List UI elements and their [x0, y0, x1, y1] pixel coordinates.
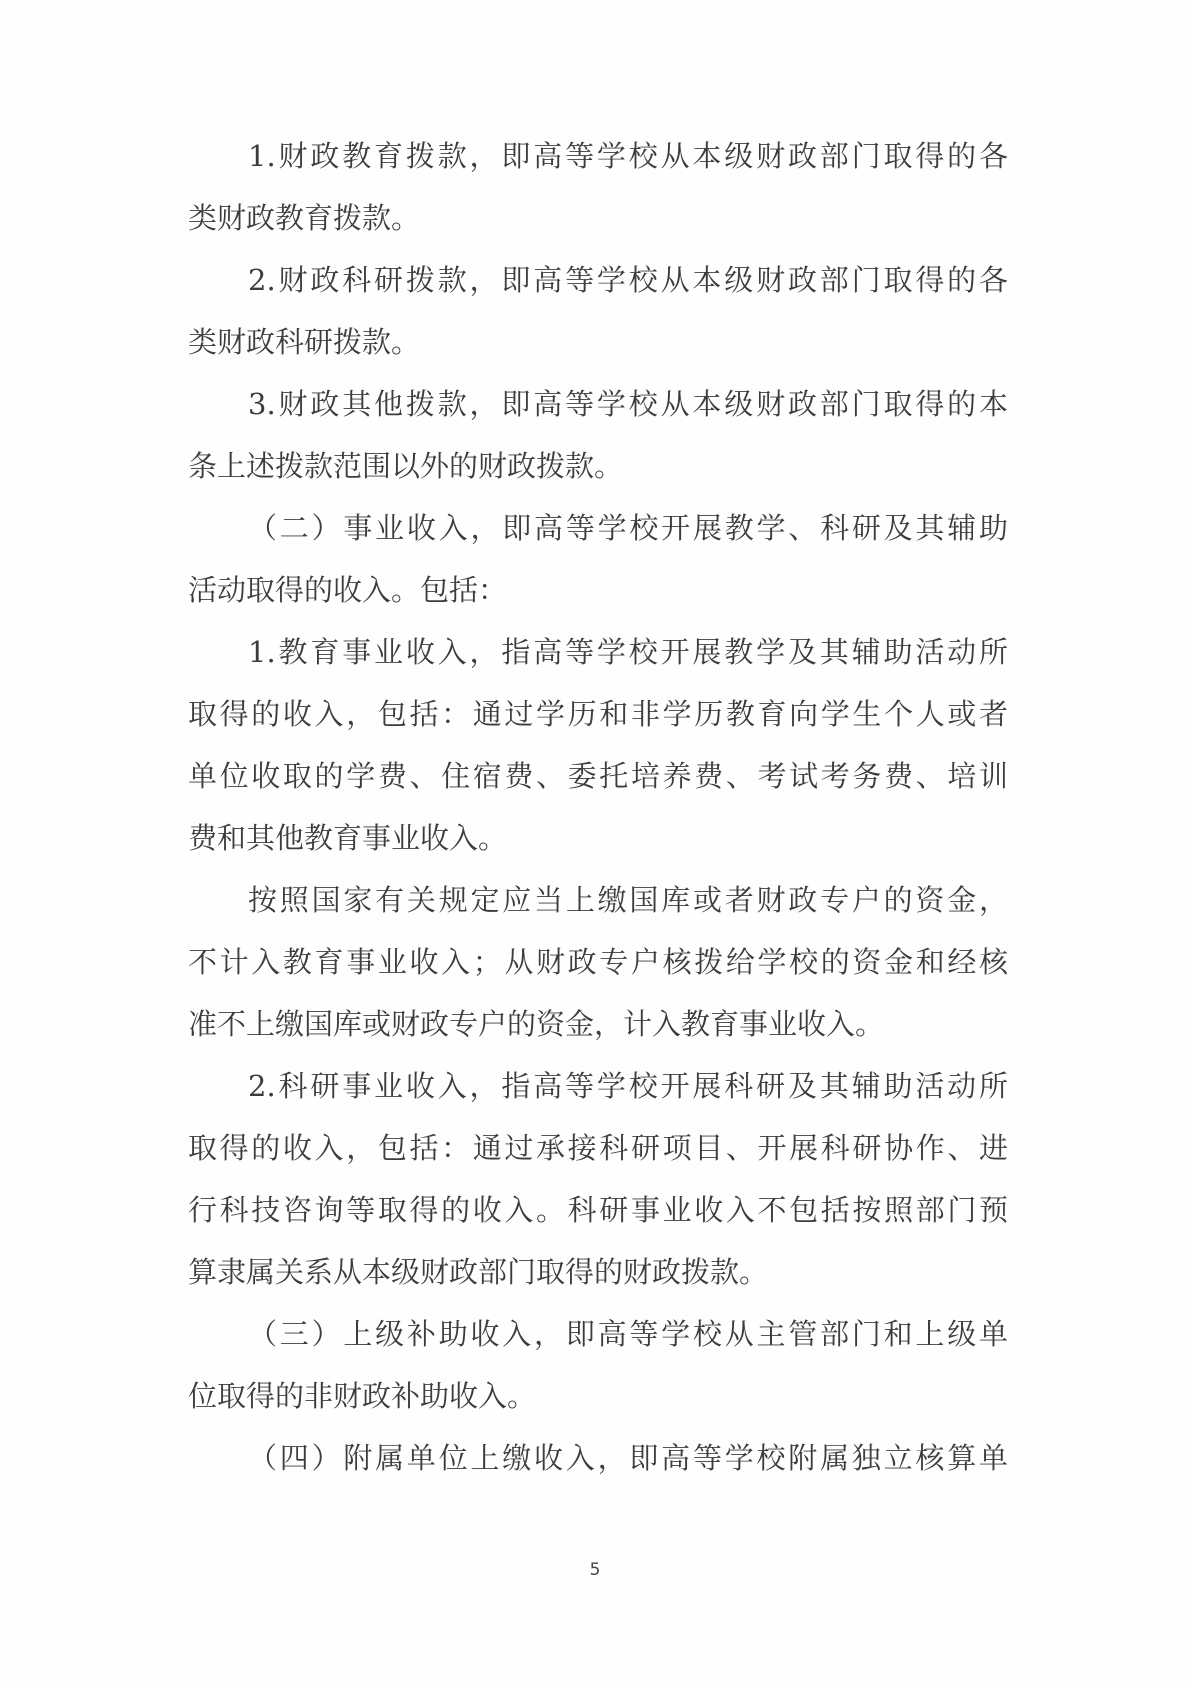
body-line: 类财政教育拨款。: [188, 198, 420, 238]
body-line: 2.科研事业收入，指高等学校开展科研及其辅助活动所: [248, 1066, 1008, 1106]
body-line: 按照国家有关规定应当上缴国库或者财政专户的资金，: [248, 880, 1008, 920]
body-line: 费和其他教育事业收入。: [188, 818, 507, 858]
body-line: 1.财政教育拨款，即高等学校从本级财政部门取得的各: [248, 136, 1008, 176]
body-line: 3.财政其他拨款，即高等学校从本级财政部门取得的本: [248, 384, 1008, 424]
body-line: 取得的收入，包括：通过学历和非学历教育向学生个人或者: [188, 694, 1008, 734]
section-heading-line: （四）附属单位上缴收入，即高等学校附属独立核算单: [248, 1438, 1008, 1478]
body-line: 1.教育事业收入，指高等学校开展教学及其辅助活动所: [248, 632, 1008, 672]
body-line: 准不上缴国库或财政专户的资金，计入教育事业收入。: [188, 1004, 884, 1044]
section-heading-line: （二）事业收入，即高等学校开展教学、科研及其辅助: [248, 508, 1008, 548]
body-line: 单位收取的学费、住宿费、委托培养费、考试考务费、培训: [188, 756, 1008, 796]
body-line: 活动取得的收入。包括：: [188, 570, 507, 610]
body-line: 2.财政科研拨款，即高等学校从本级财政部门取得的各: [248, 260, 1008, 300]
page-number: 5: [0, 1560, 1190, 1580]
body-line: 不计入教育事业收入；从财政专户核拨给学校的资金和经核: [188, 942, 1008, 982]
section-heading-line: （三）上级补助收入，即高等学校从主管部门和上级单: [248, 1314, 1008, 1354]
body-line: 行科技咨询等取得的收入。科研事业收入不包括按照部门预: [188, 1190, 1008, 1230]
body-line: 位取得的非财政补助收入。: [188, 1376, 536, 1416]
body-line: 条上述拨款范围以外的财政拨款。: [188, 446, 623, 486]
body-line: 类财政科研拨款。: [188, 322, 420, 362]
body-line: 取得的收入，包括：通过承接科研项目、开展科研协作、进: [188, 1128, 1008, 1168]
body-line: 算隶属关系从本级财政部门取得的财政拨款。: [188, 1252, 768, 1292]
document-page: 1.财政教育拨款，即高等学校从本级财政部门取得的各 类财政教育拨款。 2.财政科…: [0, 0, 1190, 1682]
